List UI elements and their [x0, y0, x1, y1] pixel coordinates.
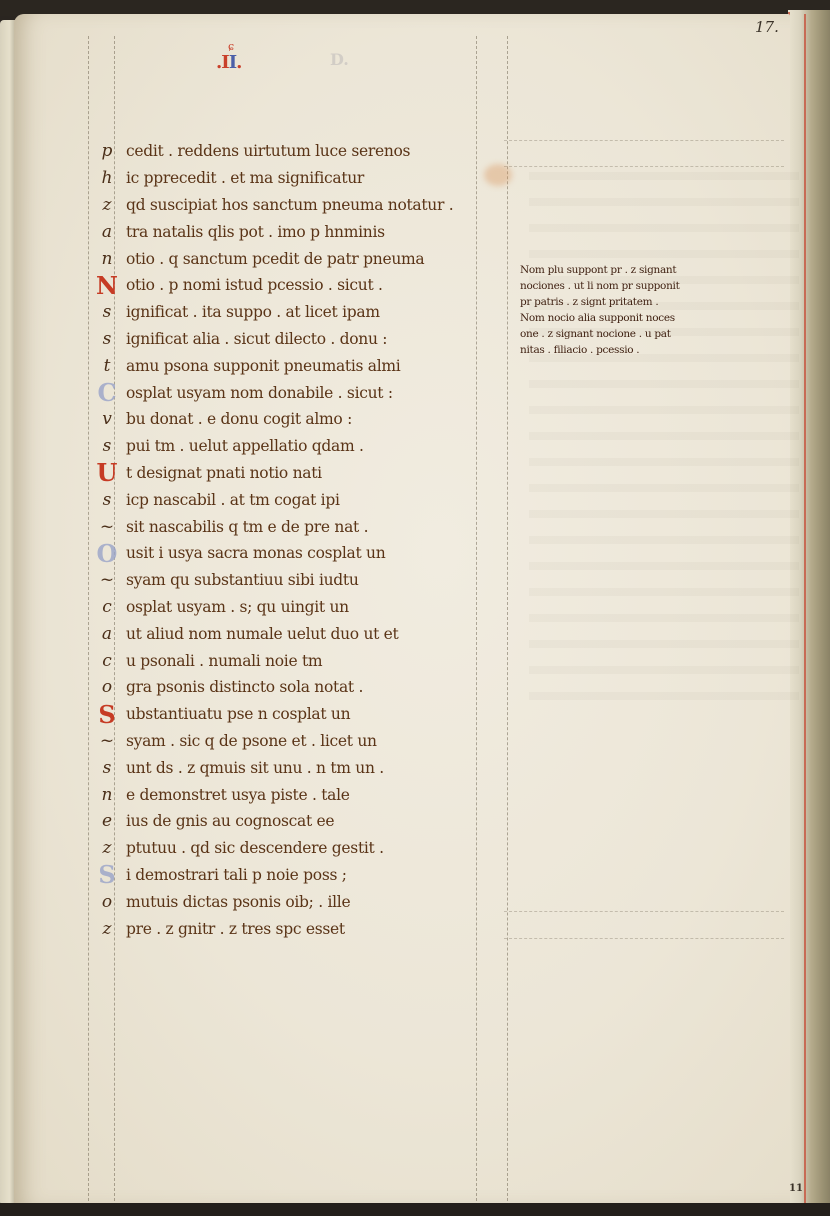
ruling-line-vertical [507, 36, 508, 1206]
folio-number: 17. [755, 18, 779, 36]
verse-text: tra natalis qlis pot . imo p hnminis [126, 223, 385, 241]
text-line: zptutuu . qd sic descendere gestit . [88, 835, 498, 862]
guide-letter: e [88, 811, 126, 831]
verse-text: syam . sic q de psone et . licet un [126, 732, 377, 750]
verse-text: cedit . reddens uirtutum luce serenos [126, 142, 410, 160]
verse-text: t designat pnati notio nati [126, 464, 322, 482]
text-line: Si demostrari tali p noie poss ; [88, 862, 498, 889]
text-line: vbu donat . e donu cogit almo : [88, 406, 498, 433]
gloss-line: Nom nocio alia supponit noces [520, 310, 735, 326]
decorated-initial: S [88, 700, 126, 729]
text-line: sunt ds . z qmuis sit unu . n tm un . [88, 754, 498, 781]
guide-letter: z [88, 195, 126, 215]
text-line: significat alia . sicut dilecto . donu : [88, 326, 498, 353]
decorated-initial: S [88, 860, 126, 889]
verse-text: amu psona supponit pneumatis almi [126, 357, 400, 375]
text-line: zqd suscipiat hos sanctum pneuma notatur… [88, 192, 498, 219]
verse-text: u psonali . numali noie tm [126, 652, 322, 670]
verse-text: ignificat . ita suppo . at licet ipam [126, 303, 380, 321]
guide-letter: c [88, 651, 126, 671]
text-line: Substantiuatu pse n cosplat un [88, 701, 498, 728]
guide-letter: ~ [88, 517, 126, 537]
guide-letter: c [88, 597, 126, 617]
text-line: pcedit . reddens uirtutum luce serenos [88, 138, 498, 165]
verse-text: mutuis dictas psonis oib; . ille [126, 893, 350, 911]
guide-letter: ~ [88, 570, 126, 590]
guide-letter: s [88, 329, 126, 349]
verse-text: osplat usyam nom donabile . sicut : [126, 384, 393, 402]
verse-text: ius de gnis au cognoscat ee [126, 812, 334, 830]
text-line: ~syam . sic q de psone et . licet un [88, 728, 498, 755]
text-line: hic pprecedit . et ma significatur [88, 165, 498, 192]
marginal-gloss: Nom plu suppont pr . z signantnociones .… [520, 262, 735, 358]
guide-letter: h [88, 168, 126, 188]
verse-text: otio . q sanctum pcedit de patr pneuma [126, 250, 424, 268]
ruling-line-horizontal [504, 140, 784, 141]
verse-text: unt ds . z qmuis sit unu . n tm un . [126, 759, 384, 777]
running-head-numeral: .II. [216, 52, 241, 73]
verse-text: gra psonis distincto sola notat . [126, 678, 363, 696]
text-line: cu psonali . numali noie tm [88, 647, 498, 674]
gloss-line: pr patris . z signt pritatem . [520, 294, 735, 310]
main-text-column: pcedit . reddens uirtutum luce serenoshi… [88, 138, 498, 942]
verse-text: e demonstret usya piste . tale [126, 786, 350, 804]
decorated-initial: N [88, 271, 126, 300]
guide-letter: t [88, 356, 126, 376]
text-line: Ousit i usya sacra monas cosplat un [88, 540, 498, 567]
guide-letter: ~ [88, 731, 126, 751]
guide-letter: z [88, 919, 126, 939]
text-line: cosplat usyam . s; qu uingit un [88, 594, 498, 621]
text-line: ne demonstret usya piste . tale [88, 781, 498, 808]
text-line: zpre . z gnitr . z tres spc esset [88, 915, 498, 942]
text-line: aut aliud nom numale uelut duo ut et [88, 620, 498, 647]
verse-text: ut aliud nom numale uelut duo ut et [126, 625, 398, 643]
text-line: notio . q sanctum pcedit de patr pneuma [88, 245, 498, 272]
verse-text: bu donat . e donu cogit almo : [126, 410, 352, 428]
verse-text: i demostrari tali p noie poss ; [126, 866, 347, 884]
guide-letter: n [88, 785, 126, 805]
verse-text: pre . z gnitr . z tres spc esset [126, 920, 345, 938]
guide-letter: s [88, 758, 126, 778]
gloss-line: Nom plu suppont pr . z signant [520, 262, 735, 278]
text-line: ~syam qu substantiuu sibi iudtu [88, 567, 498, 594]
guide-letter: a [88, 624, 126, 644]
gloss-line: one . z signant nocione . u pat [520, 326, 735, 342]
verse-text: usit i usya sacra monas cosplat un [126, 544, 385, 562]
show-through-heading: D. [330, 50, 349, 69]
book-backdrop-bottom [0, 1203, 830, 1216]
decorated-initial: O [88, 539, 126, 568]
text-line: ~sit nascabilis q tm e de pre nat . [88, 513, 498, 540]
guide-letter: z [88, 838, 126, 858]
gloss-line: nitas . filiacio . pcessio . [520, 342, 735, 358]
verse-text: otio . p nomi istud pcessio . sicut . [126, 276, 383, 294]
text-line: Cosplat usyam nom donabile . sicut : [88, 379, 498, 406]
text-line: tamu psona supponit pneumatis almi [88, 352, 498, 379]
guide-letter: s [88, 436, 126, 456]
verse-text: sit nascabilis q tm e de pre nat . [126, 518, 368, 536]
text-line: Notio . p nomi istud pcessio . sicut . [88, 272, 498, 299]
guide-letter: s [88, 302, 126, 322]
verse-text: qd suscipiat hos sanctum pneuma notatur … [126, 196, 453, 214]
guide-letter: v [88, 409, 126, 429]
running-head: ɕ .II. [216, 40, 266, 80]
ruling-line-horizontal [504, 911, 784, 912]
verse-text: icp nascabil . at tm cogat ipi [126, 491, 340, 509]
verse-text: pui tm . uelut appellatio qdam . [126, 437, 364, 455]
guide-letter: s [88, 490, 126, 510]
guide-letter: o [88, 677, 126, 697]
text-line: spui tm . uelut appellatio qdam . [88, 433, 498, 460]
gloss-line: nociones . ut li nom pr supponit [520, 278, 735, 294]
verse-text: syam qu substantiuu sibi iudtu [126, 571, 359, 589]
decorated-initial: U [88, 458, 126, 487]
ruling-line-horizontal [504, 166, 784, 167]
verse-text: ic pprecedit . et ma significatur [126, 169, 364, 187]
verse-text: ptutuu . qd sic descendere gestit . [126, 839, 384, 857]
verse-text: ubstantiuatu pse n cosplat un [126, 705, 350, 723]
guide-letter: a [88, 222, 126, 242]
guide-letter: o [88, 892, 126, 912]
text-line: sicp nascabil . at tm cogat ipi [88, 486, 498, 513]
ink-show-through [529, 154, 799, 714]
red-page-edge-inner [804, 14, 806, 1204]
text-line: ogra psonis distincto sola notat . [88, 674, 498, 701]
guide-letter: n [88, 249, 126, 269]
ruling-line-horizontal [504, 938, 784, 939]
text-line: omutuis dictas psonis oib; . ille [88, 888, 498, 915]
decorated-initial: C [88, 378, 126, 407]
text-line: Ut designat pnati notio nati [88, 460, 498, 487]
text-line: significat . ita suppo . at licet ipam [88, 299, 498, 326]
text-line: atra natalis qlis pot . imo p hnminis [88, 218, 498, 245]
quire-signature: 11 [789, 1183, 803, 1194]
guide-letter: p [88, 141, 126, 161]
verse-text: ignificat alia . sicut dilecto . donu : [126, 330, 387, 348]
verse-text: osplat usyam . s; qu uingit un [126, 598, 349, 616]
text-line: eius de gnis au cognoscat ee [88, 808, 498, 835]
